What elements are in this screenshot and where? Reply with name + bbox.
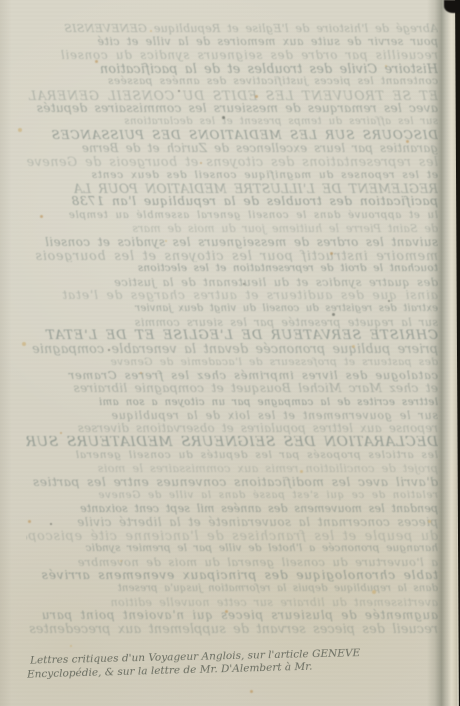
foxing-spot xyxy=(385,65,387,67)
foxing-spot xyxy=(330,252,333,255)
ghost-text-line: et chez Marc Michel Bousquet et compagni… xyxy=(26,382,438,395)
ghost-text-line: de Saint Pierre le huitieme jour du mois… xyxy=(26,222,438,235)
ghost-text-layer: Abregé de l'histoire de l'Eglise et Repu… xyxy=(26,22,438,640)
ghost-text-line: et les reponses du magnifique conseil de… xyxy=(26,169,438,182)
foxing-spot xyxy=(120,560,122,562)
foxing-spot xyxy=(60,432,62,434)
ghost-text-line: relation de ce qui s'est passé dans la v… xyxy=(26,489,438,502)
ghost-text-line: les articles proposés par les deputés du… xyxy=(26,449,438,462)
ink-speck xyxy=(222,116,225,119)
ghost-text-line: Histoire Civile des troubles et de la pa… xyxy=(26,62,438,75)
ghost-text-line: DECLARATION DES SEIGNEURS MEDIATEURS SUR xyxy=(26,436,438,449)
ghost-text-line: projet de conciliation remis aux commiss… xyxy=(26,462,438,475)
foxing-spot xyxy=(140,372,142,374)
foxing-spot xyxy=(150,30,152,32)
foxing-spot xyxy=(372,590,376,594)
ghost-text-line: memoire instructif pour les citoyens et … xyxy=(26,249,438,262)
foxing-spot xyxy=(165,240,167,242)
ghost-text-line: pieces concernant la souveraineté et la … xyxy=(26,516,438,529)
foxing-spot xyxy=(22,342,26,346)
ink-speck xyxy=(108,349,110,351)
manuscript-page-scan: Abregé de l'histoire de l'Eglise et Repu… xyxy=(0,0,460,706)
ink-speck xyxy=(243,283,245,285)
ghost-text-line: Abregé de l'histoire de l'Eglise et Repu… xyxy=(26,22,438,35)
ghost-text-line: recueillis par ordre des seigneurs syndi… xyxy=(26,49,438,62)
ghost-text-line: contenant les pieces justificatives des … xyxy=(26,75,438,88)
ghost-text-line: DISCOURS SUR LES MEDIATIONS DES PUISSANC… xyxy=(26,129,438,142)
ghost-text-line: pour servir de suite aux memoires de la … xyxy=(26,35,438,48)
ghost-text-line: dans la republique depuis la reformation… xyxy=(26,582,438,595)
ghost-text-line: augmentée de plusieurs pieces qui n'avoi… xyxy=(26,609,438,622)
foxing-spot xyxy=(255,95,258,98)
foxing-spot xyxy=(95,60,98,63)
foxing-spot xyxy=(200,162,202,164)
foxing-spot xyxy=(428,520,431,523)
ghost-text-line: sur la requete presentée par les sieurs … xyxy=(26,316,438,329)
ghost-text-line: ET SE TROUVENT LES EDITS DU CONSEIL GENE… xyxy=(26,89,438,102)
ghost-text-line: reponse aux lettres populaires et observ… xyxy=(26,422,438,435)
ghost-text-line: d'avril avec les modifications convenues… xyxy=(26,476,438,489)
ghost-text-line: a l'ouverture du conseil general du mois… xyxy=(26,556,438,569)
ink-speck xyxy=(332,313,335,316)
ghost-text-line: CHRISTE SERVATEUR DE L'EGLISE ET DE L'ET… xyxy=(26,329,438,342)
ghost-text-line: sur le gouvernement et les loix de la re… xyxy=(26,409,438,422)
foxing-spot xyxy=(352,345,355,348)
ghost-text-line: des quatre syndics et du lieutenant de l… xyxy=(26,276,438,289)
foxing-spot xyxy=(70,645,72,647)
ghost-text-line: priere publique prononcée devant la vene… xyxy=(26,342,438,355)
foxing-spot xyxy=(225,610,228,613)
ghost-text-line: table chronologique des principaux evene… xyxy=(26,569,438,582)
ghost-text-line: catalogue des livres imprimés chez les f… xyxy=(26,369,438,382)
ghost-text-line: avertissement du libraire sur cette nouv… xyxy=(26,596,438,609)
ink-speck xyxy=(388,300,390,302)
ghost-text-line: ainsi que des auditeurs et autres charge… xyxy=(26,289,438,302)
ink-speck xyxy=(50,523,52,525)
ghost-text-line: du peuple et les franchises de l'ancienn… xyxy=(26,529,438,542)
ghost-text-line: recueil des pieces servant de supplement… xyxy=(26,622,438,635)
foxing-spot xyxy=(406,140,409,143)
foxing-spot xyxy=(250,690,253,693)
page-edge-highlight xyxy=(447,0,457,706)
ghost-text-line: avec les remarques de messieurs les comm… xyxy=(26,102,438,115)
ghost-text-line: lettres ecrites de la campagne par un ci… xyxy=(26,396,438,409)
ghost-text-line: les representations des citoyens et bour… xyxy=(26,155,438,168)
ghost-text-line: lu et approuvé dans le conseil general a… xyxy=(26,209,438,222)
binding-corner xyxy=(444,0,460,13)
ghost-text-line: suivant les ordres de messeigneurs les s… xyxy=(26,236,438,249)
ghost-text-line: touchant le droit de representation et l… xyxy=(26,262,438,275)
ghost-text-line: pacification des troubles de la republiq… xyxy=(26,195,438,208)
ghost-text-line: garanties par leurs excellences de Zuric… xyxy=(26,142,438,155)
foxing-spot xyxy=(18,128,22,132)
foxing-spot xyxy=(28,520,31,523)
ghost-text-line: sur les affaires du temps present et les… xyxy=(26,115,438,128)
ghost-text-line: des pasteurs et professeurs de l'academi… xyxy=(26,356,438,369)
ghost-text-line: harangue prononcée a l'hotel de ville pa… xyxy=(26,542,438,555)
ghost-text-line: extrait des registres du conseil du ving… xyxy=(26,302,438,315)
foxing-spot xyxy=(40,215,43,218)
ghost-text-line: pendant les mouvemens des années mil sep… xyxy=(26,502,438,515)
ink-speck xyxy=(178,90,180,92)
foxing-spot xyxy=(300,470,303,473)
ghost-text-line: REGLEMENT DE L'ILLUSTRE MEDIATION POUR L… xyxy=(26,182,438,195)
